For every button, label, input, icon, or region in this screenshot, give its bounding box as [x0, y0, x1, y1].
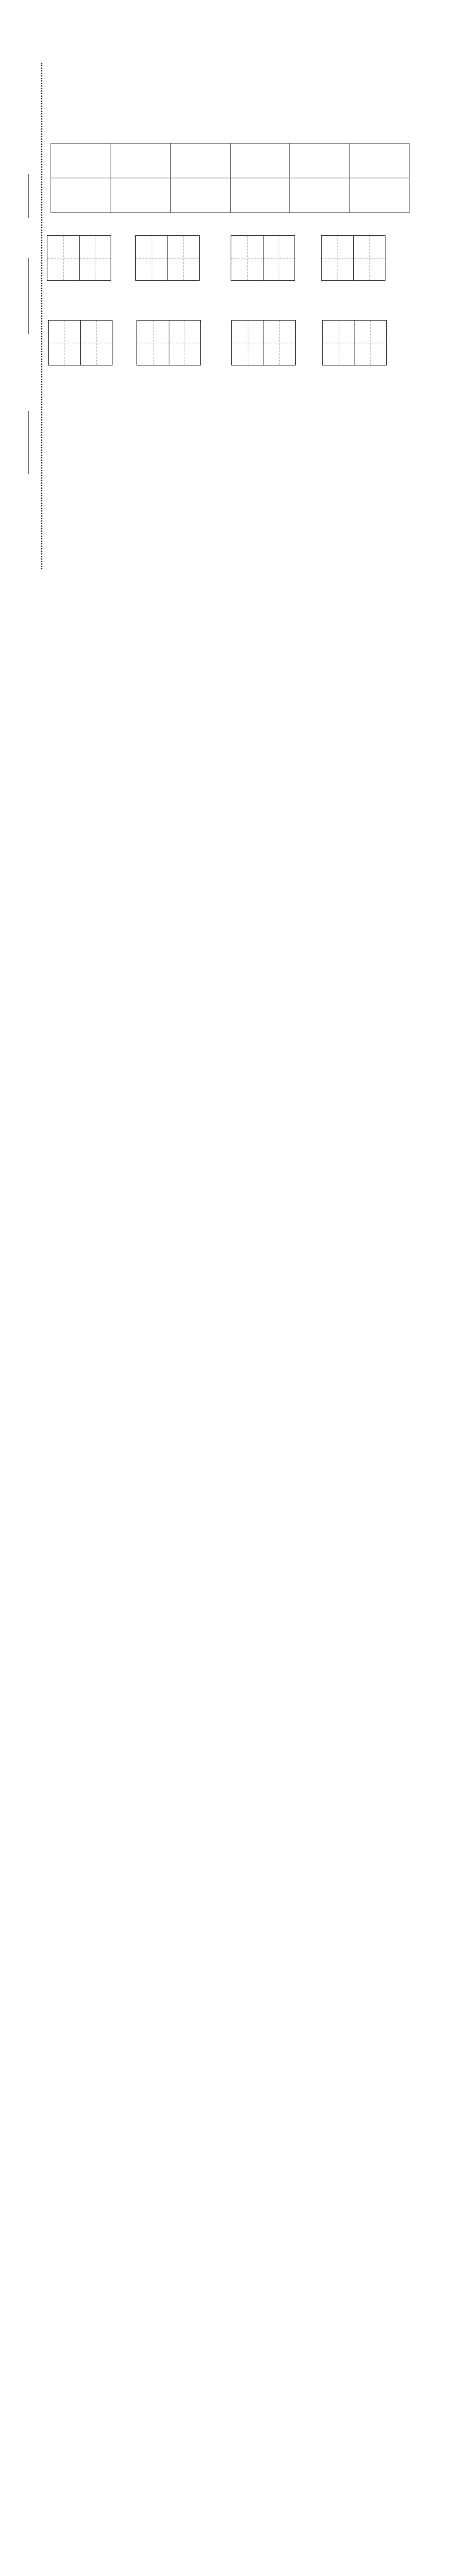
score-table-score-row	[51, 178, 409, 213]
pinyin-box-5	[48, 301, 112, 365]
pinyin-label	[231, 216, 295, 235]
header-cell	[111, 144, 171, 178]
row-label	[51, 178, 111, 213]
pinyin-box-4	[321, 216, 385, 281]
name-field-line[interactable]	[28, 174, 29, 218]
header-cell	[171, 144, 231, 178]
score-cell[interactable]	[171, 178, 231, 213]
tianzige-box[interactable]	[47, 235, 111, 281]
pinyin-label	[226, 301, 296, 320]
score-cell[interactable]	[230, 178, 290, 213]
pinyin-box-2	[135, 216, 200, 281]
tianzige-box[interactable]	[231, 320, 296, 365]
pinyin-box-1	[47, 216, 111, 281]
tianzige-box[interactable]	[136, 320, 201, 365]
pinyin-box-7	[231, 301, 296, 365]
pinyin-label	[321, 216, 385, 235]
header-cell	[290, 144, 350, 178]
tianzige-box[interactable]	[135, 235, 200, 281]
class-field-line[interactable]	[28, 258, 29, 334]
pinyin-label	[322, 301, 387, 320]
pinyin-box-3	[231, 216, 295, 281]
header-cell	[51, 144, 111, 178]
pinyin-label	[136, 301, 201, 320]
pinyin-box-8	[322, 301, 387, 365]
score-cell[interactable]	[349, 178, 409, 213]
binding-dotted-line	[41, 63, 42, 569]
score-table	[51, 143, 409, 213]
score-cell[interactable]	[290, 178, 350, 213]
pinyin-label	[48, 301, 112, 320]
tianzige-box[interactable]	[321, 235, 385, 281]
tianzige-box[interactable]	[48, 320, 112, 365]
school-field-line[interactable]	[28, 411, 29, 474]
header-cell	[349, 144, 409, 178]
pinyin-label	[47, 216, 111, 235]
score-table-header-row	[51, 144, 409, 178]
pinyin-box-6	[136, 301, 201, 365]
pinyin-label	[135, 216, 200, 235]
header-cell	[230, 144, 290, 178]
score-cell[interactable]	[111, 178, 171, 213]
tianzige-box[interactable]	[322, 320, 387, 365]
tianzige-box[interactable]	[231, 235, 295, 281]
